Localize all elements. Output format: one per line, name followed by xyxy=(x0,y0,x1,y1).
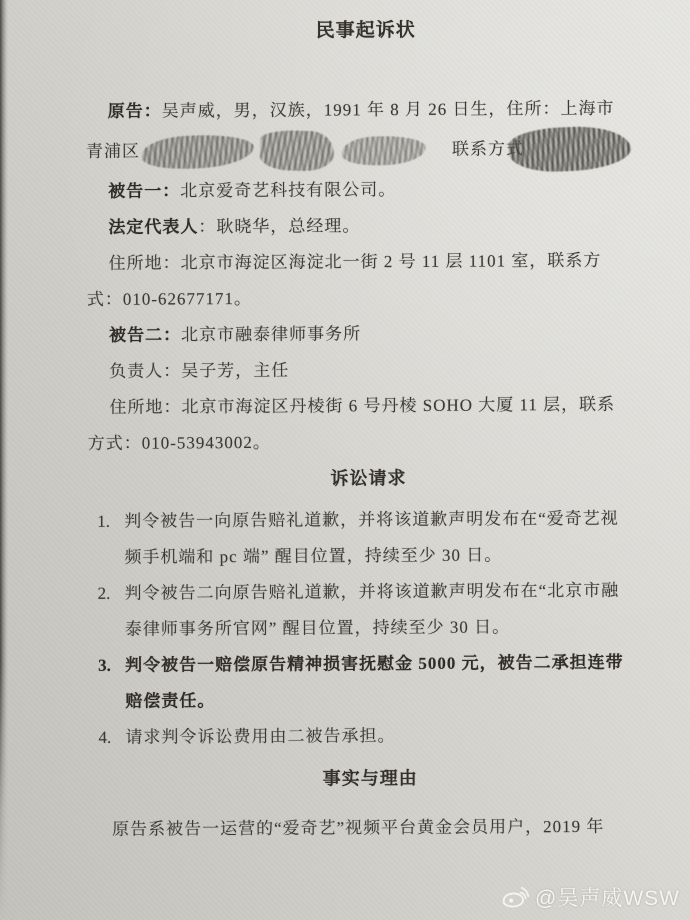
defendant2-line: 被告二：北京市融泰律师事务所 xyxy=(87,315,648,354)
plaintiff-address-prefix: 青浦区 xyxy=(86,130,140,174)
defendant2-address-line2: 方式：010-53943002。 xyxy=(88,423,649,462)
defendant2-label: 被告二： xyxy=(109,325,181,344)
redaction-scribble xyxy=(141,132,255,171)
defendant1-address-line1: 住所地：北京市海淀区海淀北一街 2 号 11 层 1101 室，联系方 xyxy=(87,243,648,282)
claim-item-1: 1.判令被告一向原告赔礼道歉，并将该道歉声明发布在“爱奇艺视 xyxy=(88,501,649,540)
claim-text: 判令被告一赔偿原告精神损害抚慰金 5000 元，被告二承担连带 xyxy=(125,653,624,675)
plaintiff-address-line: 青浦区 联系方式 xyxy=(86,127,647,174)
claim-number: 1. xyxy=(97,504,110,540)
claim-text: 判令被告二向原告赔礼道歉，并将该道歉声明发布在“北京市融 xyxy=(125,581,620,603)
claim-item-1-cont: 频手机端和 pc 端” 醒目位置，持续至少 30 日。 xyxy=(88,537,649,576)
plaintiff-line: 原告：吴声威，男，汉族，1991 年 8 月 26 日生，住所：上海市 xyxy=(86,91,647,130)
claim-item-3: 3.判令被告一赔偿原告精神损害抚慰金 5000 元，被告二承担连带 xyxy=(89,645,650,684)
defendant2-name: 北京市融泰律师事务所 xyxy=(181,324,361,344)
defendant2-head-line: 负责人：吴子芳，主任 xyxy=(87,351,648,390)
complaint-document: 民事起诉状 原告：吴声威，男，汉族，1991 年 8 月 26 日生，住所：上海… xyxy=(85,0,651,848)
claim-number: 3. xyxy=(98,648,111,684)
document-title: 民事起诉状 xyxy=(85,15,646,48)
claims-heading: 诉讼请求 xyxy=(88,459,649,498)
facts-heading: 事实与理由 xyxy=(90,759,651,798)
plaintiff-info: 吴声威，男，汉族，1991 年 8 月 26 日生，住所：上海市 xyxy=(162,99,615,121)
redaction-scribble xyxy=(508,125,632,174)
claim-item-2-cont: 泰律师事务所官网” 醒目位置，持续至少 30 日。 xyxy=(89,609,650,648)
claim-item-3-cont: 赔偿责任。 xyxy=(89,681,650,720)
claim-text: 判令被告一向原告赔礼道歉，并将该道歉声明发布在“爱奇艺视 xyxy=(124,509,619,531)
defendant1-line: 被告一：北京爱奇艺科技有限公司。 xyxy=(86,171,647,210)
legal-rep-label: 法定代表人 xyxy=(108,217,198,237)
claim-number: 2. xyxy=(98,576,111,612)
defendant1-label: 被告一： xyxy=(108,181,180,200)
weibo-watermark: @吴声威WSW xyxy=(502,882,680,912)
defendant1-name: 北京爱奇艺科技有限公司。 xyxy=(180,180,396,200)
claim-item-4: 4.请求判令诉讼费用由二被告承担。 xyxy=(89,717,650,756)
defendant1-legal-rep-line: 法定代表人：耿晓华，总经理。 xyxy=(86,207,647,246)
redaction-scribble xyxy=(341,134,426,166)
plaintiff-label: 原告： xyxy=(108,102,162,121)
defendant2-address-line1: 住所地：北京市海淀区丹棱街 6 号丹棱 SOHO 大厦 11 层，联系 xyxy=(87,387,648,426)
claim-number: 4. xyxy=(98,720,111,756)
defendant1-address-line2: 式：010-62677171。 xyxy=(87,279,648,318)
document-photo: 民事起诉状 原告：吴声威，男，汉族，1991 年 8 月 26 日生，住所：上海… xyxy=(0,0,690,920)
claim-item-2: 2.判令被告二向原告赔礼道歉，并将该道歉声明发布在“北京市融 xyxy=(89,573,650,612)
weibo-icon xyxy=(502,885,529,909)
redaction-scribble xyxy=(259,130,334,172)
legal-rep-value: ：耿晓华，总经理。 xyxy=(198,216,360,236)
facts-first-line: 原告系被告一运营的“爱奇艺”视频平台黄金会员用户，2019 年 xyxy=(90,809,651,848)
paper-left-edge-shadow xyxy=(0,0,8,920)
watermark-handle: @吴声威WSW xyxy=(535,882,680,912)
claim-text: 请求判令诉讼费用由二被告承担。 xyxy=(125,726,395,747)
